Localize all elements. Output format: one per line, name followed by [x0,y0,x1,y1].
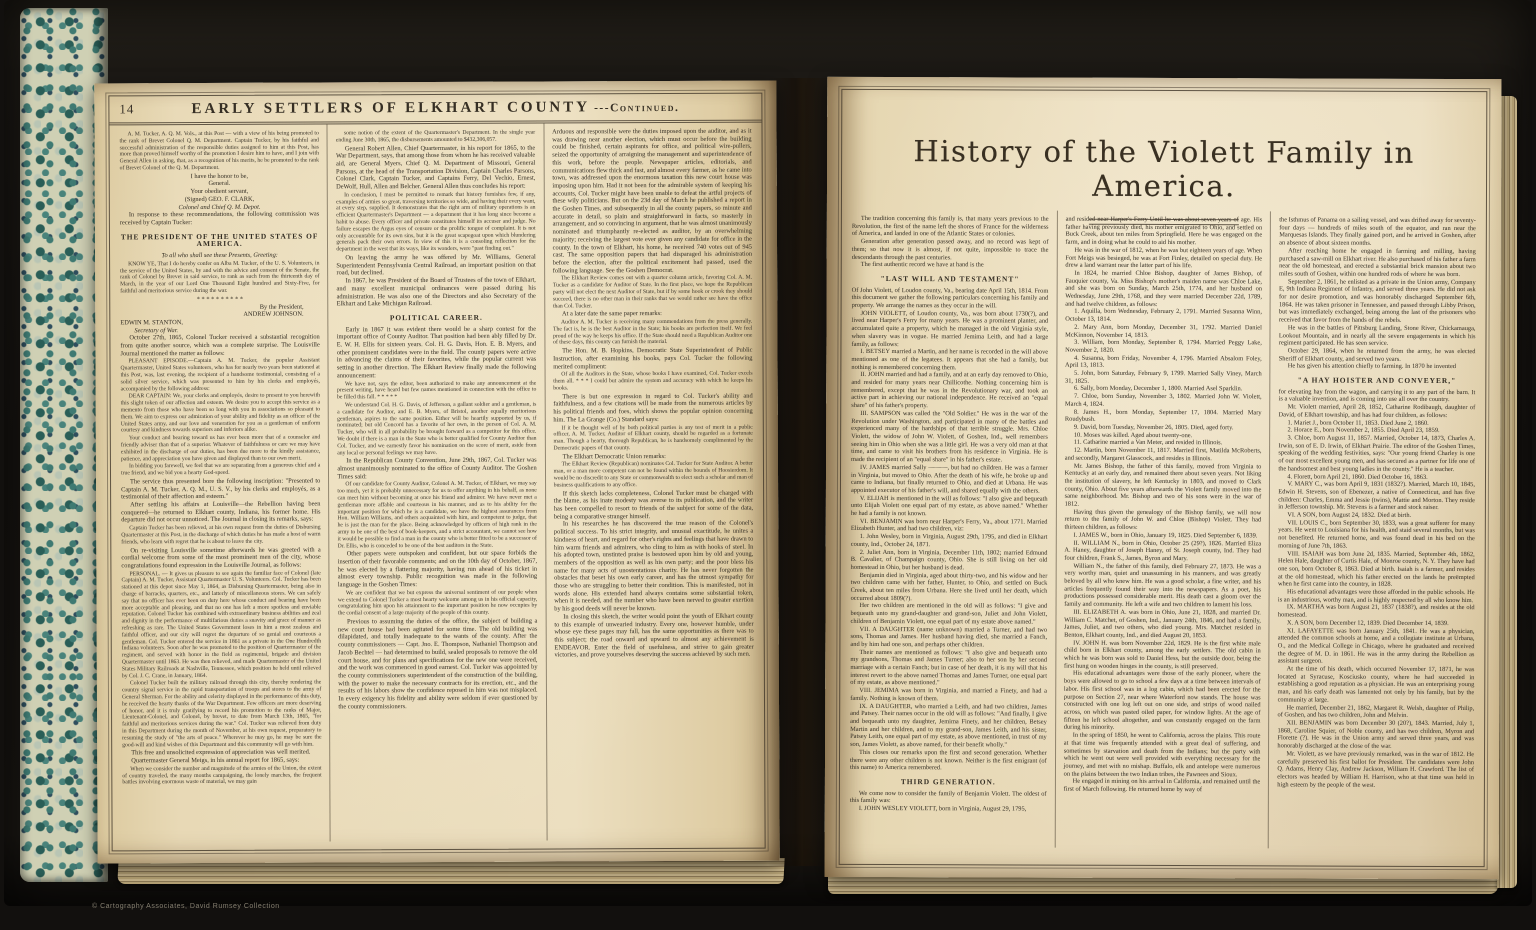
paragraph: In the spring of 1850, he went to Califo… [1064,732,1261,779]
paragraph: He has given his attention chiefly to fa… [1279,363,1476,371]
paragraph: 5. John, born Saturday, February 9, 1799… [1065,370,1262,386]
paragraph: His educational advantages were those of… [1064,670,1261,732]
paragraph: Other papers were outspoken and confiden… [338,550,537,589]
paragraph: Of John Violett, of Loudon county, Va., … [852,287,1049,311]
paragraph: Mr. James Bishop, the father of this fam… [1065,462,1262,509]
paragraph: We understand Col. H. G. Davis, of Jeffe… [337,401,537,456]
paragraph: Captain Tucker has been relieved, at his… [121,525,320,546]
paragraph: THIRD GENERATION. [850,778,1047,786]
paragraph: In bidding you farewell, we feel that we… [121,463,320,477]
paragraph: Early in 1867 it was evident there would… [337,325,537,380]
paragraph: PLEASANT EPISODE.—Captain A. M. Tucker, … [121,358,320,393]
paragraph: VIII. JEMIMA was born in Virginia, and m… [850,687,1047,703]
paragraph: In response to these recommendations, th… [120,211,319,227]
paragraph: IV. JOHN H. was born November 22d, 1829.… [1064,639,1261,670]
paragraph: 1. Aquilla, born Wednesday, February 2, … [1065,308,1262,324]
paragraph: Previous to assuming the duties of the o… [338,618,538,711]
paragraph: In his researches he has discovered the … [554,520,754,613]
paragraph: The Elkhart Review (Republican) nominate… [554,461,753,489]
paragraph: In 1824, he married Chloe Bishop, daught… [1065,270,1262,309]
paragraph: A. M. Tucker, A. Q. M. Vols., at this Po… [120,131,320,173]
left-page-title-continued: ---Continued. [594,102,679,114]
paragraph: Of all the Auditors in the State, whose … [553,371,752,392]
paragraph: The first authentic record we have at ha… [852,261,1049,269]
paragraph: Mr. Violett married, April 28, 1852, Cat… [1279,404,1476,420]
paragraph: 8. James H., born Monday, September 17, … [1065,408,1262,424]
left-text-column-3: Arduous and responsible were the duties … [543,123,762,841]
right-page-frame: History of the Violett Family in America… [839,89,1488,867]
paragraph: His educational advantages were those af… [1278,588,1475,604]
left-text-column-1: A. M. Tucker, A. Q. M. Vols., at this Po… [111,124,329,842]
paragraph: When we consider the number and magnitud… [122,765,321,786]
collection-watermark: © Cartography Associates, David Rumsey C… [92,903,280,910]
paragraph: V. ELIJAH is mentioned in the will as fo… [851,495,1048,519]
paragraph: VII. LOUIS C., born September 30, 1833, … [1278,519,1475,550]
paragraph: XII. BENJAMIN was born December 30 (20?)… [1277,719,1474,750]
paragraph: He was in the battles of Pittsburg Landi… [1279,324,1476,348]
paragraph: He was in the war of 1812, when he was b… [1065,246,1262,270]
paragraph: V. MARY C., was born April 9, 1831 (1832… [1278,481,1475,512]
paragraph: In the Republican County Convention, Jun… [337,457,536,481]
paragraph: Her two children are mentioned in the ol… [850,602,1047,626]
paragraph: Of our candidate for County Auditor, Col… [337,481,537,550]
paragraph: There is but one expression in regard to… [553,392,752,424]
paragraph: X. A SON, born December 12, 1839. Died D… [1278,619,1475,627]
paragraph: 3. Chloe, born August 11, 1857. Married,… [1278,434,1475,473]
paragraph: We are confident that we but express the… [338,589,537,617]
paragraph: This closes our remarks upon the first a… [850,749,1047,773]
paragraph: In closing this sketch, the writer would… [554,612,754,659]
paragraph: He married, December 21, 1862, Margaret … [1278,704,1475,720]
paragraph: General Robert Allen, Chief Quartermaste… [336,144,536,191]
paragraph: KNOW YE, That I do hereby confer on Alba… [120,260,319,295]
paragraph: At the time of his death, which occurred… [1278,665,1475,704]
right-page-title: History of the Violett Family in America… [842,90,1486,204]
paragraph: POLITICAL CAREER. [337,313,536,322]
paragraph: 2. Juliet Ann, born in Virginia, Decembe… [851,548,1048,572]
paragraph: The tradition concerning this family is,… [852,215,1049,239]
right-text-column-3: the Isthmus of Panama on a sailing vesse… [1268,211,1484,849]
paragraph: After reaching home he engaged in farmin… [1279,247,1476,278]
paragraph: To all who shall see these Presents, Gre… [120,252,319,261]
paragraph: 3. William, born Monday, September 8, 17… [1065,339,1262,355]
paragraph: DEAR CAPTAIN: We, your clerks and employ… [121,393,321,435]
paragraph: Their names are mentioned as follows: "I… [850,649,1047,688]
paragraph: II. WILLIAM N., born in Ohio, October 25… [1064,539,1261,563]
paragraph: On re-visiting Louisville sometime after… [121,546,320,570]
paragraph: "LAST WILL AND TESTAMENT" [852,275,1049,283]
paragraph: Your conduct and bearing toward us has e… [121,435,320,463]
book-photo: 14 EARLY SETTLERS OF ELKHART COUNTY ---C… [0,0,1536,930]
left-page-title: EARLY SETTLERS OF ELKHART COUNTY [191,99,590,117]
paragraph: I. JOHN WESLEY VIOLETT, born in Virginia… [850,805,1047,813]
right-text-column-2: and resided near Harper's Ferry Until he… [1054,211,1270,849]
left-page-frame: 14 EARLY SETTLERS OF ELKHART COUNTY ---C… [108,93,765,852]
paragraph: 7. Chloe, born Sunday, November 3, 1802.… [1065,393,1262,409]
page-number: 14 [119,96,134,122]
paragraph: September 2, 1861, he enlisted as a priv… [1279,278,1476,325]
left-page-header: 14 EARLY SETTLERS OF ELKHART COUNTY ---C… [109,94,761,126]
left-page: 14 EARLY SETTLERS OF ELKHART COUNTY ---C… [94,81,779,864]
paragraph: IX. A DAUGHTER, who married a Leith, and… [850,703,1047,750]
left-page-columns: A. M. Tucker, A. Q. M. Vols., at this Po… [109,123,764,843]
paragraph: The Elkhart Review comes out with a quar… [553,275,752,310]
paragraph: In conclusion, I must be permitted to re… [336,191,536,253]
paragraph: Having thus given the genealogy of the B… [1064,508,1261,532]
paragraph: IV. JAMES married Sally ———, but had no … [851,464,1048,495]
paragraph: The Hon. M. B. Hopkins, Democratic State… [553,347,752,371]
paragraph: The service thus presented bore the foll… [121,477,320,501]
paragraph: "A HAY HOISTER AND CONVEYER," [1279,376,1476,384]
right-page-columns: The tradition concerning this family is,… [840,210,1486,849]
paragraph: Mr. Violett, as we have previously remar… [1277,750,1474,789]
left-text-column-2: some notion of the extent of the Quarter… [327,124,546,842]
paragraph: After settling his affairs at Louisville… [121,501,320,525]
paragraph: II. JOHN married and had a family, and a… [851,371,1048,410]
paragraph: If this sketch lacks completeness, Colon… [554,489,753,521]
paragraph: VIII. ISAIAH was born June 2d, 1835. Mar… [1278,550,1475,589]
paragraph: III. ELIZABETH A. was born in Ohio, June… [1064,609,1261,640]
paragraph: We come now to consider the family of Be… [850,790,1047,806]
paragraph: Quartermaster General Meigs, in his annu… [122,757,321,766]
paragraph: XI. LAFAYETTE was born January 25th, 184… [1278,627,1475,666]
paragraph: I. JAMES W., born in Ohio, January 19, 1… [1064,531,1261,539]
title-ornament-rule [1089,219,1239,226]
paragraph: 1. John Wesley, born in Virginia, August… [851,533,1048,549]
paragraph: Generation after generation passed away,… [852,238,1049,262]
paragraph: VII. A DAUGHTER (name unknown) married a… [850,625,1047,649]
right-page: History of the Violett Family in America… [825,77,1502,879]
paragraph: JOHN VIOLETT, of Loudon county, Va., was… [851,310,1048,349]
right-page-title-block: History of the Violett Family in America… [842,90,1486,212]
paragraph: We have not, says the editor, been autho… [337,380,536,401]
paragraph: October 29, 1864, when he returned from … [1279,347,1476,363]
paragraph: I. BETSEY married a Martin, and her name… [851,348,1048,372]
paragraph: III. SAMPSON was called the "Old Soldier… [851,410,1048,465]
paragraph: VI. BENJAMIN was born near Harper's Ferr… [851,518,1048,534]
paragraph: William N., the father of this family, d… [1064,562,1261,609]
right-text-column-1: The tradition concerning this family is,… [842,210,1057,848]
paragraph: If it be thought well of by both politic… [553,424,752,452]
paragraph: the Isthmus of Panama on a sailing vesse… [1279,216,1476,247]
paragraph: October 27th, 1865, Colonel Tucker recei… [120,334,319,358]
paragraph: PERSONAL. — It gives us pleasure to see … [121,570,321,680]
paragraph: 4. Susanna, born Friday, November 4, 179… [1065,354,1262,370]
paragraph: THE PRESIDENT OF THE UNITED STATES OF AM… [120,232,319,248]
paragraph: 2. Mary Ann, born Monday, December 31, 1… [1065,324,1262,340]
paragraph: Auditor A. M. Tucker is receiving many c… [553,319,752,347]
paragraph: some notion of the extent of the Quarter… [336,130,535,144]
book-gutter-shadow [768,78,830,866]
paragraph: The Elkhart Democratic Union remarks: [554,452,753,461]
paragraph: 12. Martin, born November 11, 1817. Marr… [1065,447,1262,463]
paragraph: In 1867, he was President of the Board o… [336,277,535,309]
paragraph: Arduous and responsible were the duties … [552,128,752,275]
paragraph: for elevating hay from the wagon, and ca… [1279,388,1476,404]
paragraph: He engaged in mining on his arrival in C… [1064,778,1261,794]
paragraph: Colonel Tucker built the military railro… [122,680,322,749]
paragraph: IX. MARTHA was born August 21, 1837 (183… [1278,604,1475,620]
paragraph: On leaving the army he was offered by Mr… [336,254,535,278]
paragraph: Benjamin died in Virginia, aged about th… [851,572,1048,603]
paragraph: At a later date the same paper remarks: [553,310,752,319]
